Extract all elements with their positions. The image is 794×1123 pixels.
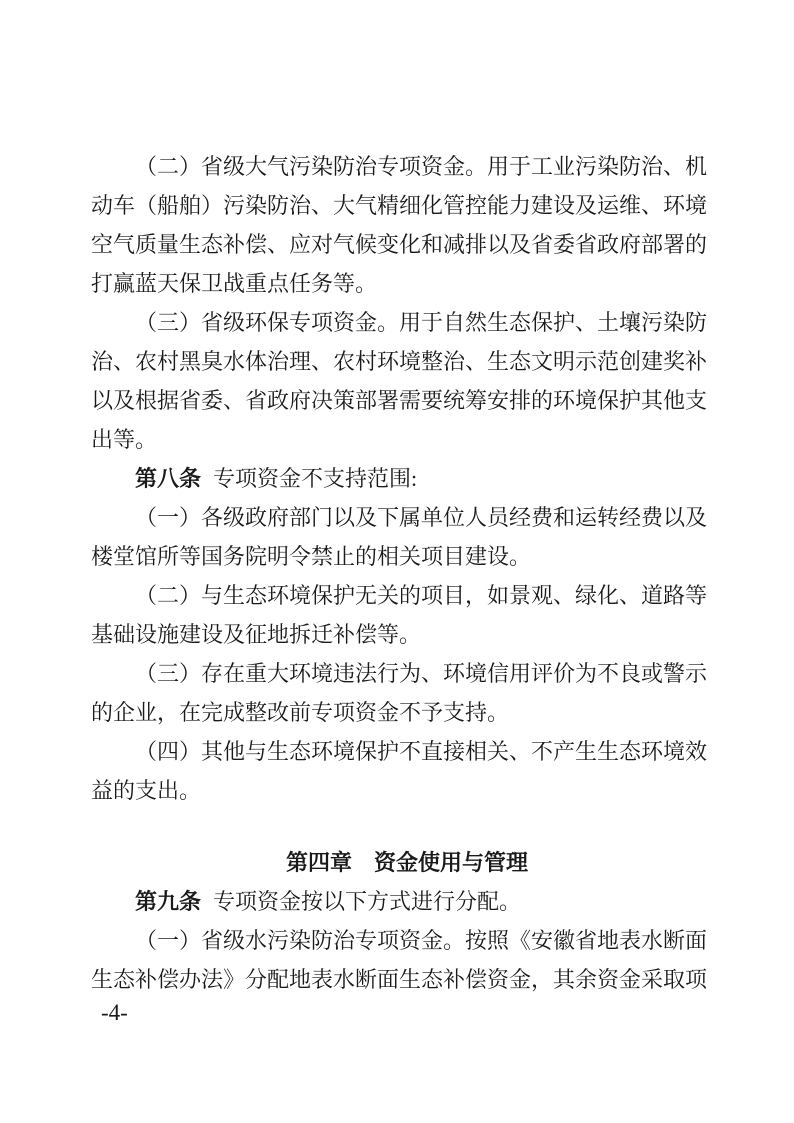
article-9-label: 第九条 xyxy=(135,889,201,914)
article-8-label: 第八条 xyxy=(135,466,201,491)
paragraph-air-pollution-fund: （二）省级大气污染防治专项资金。用于工业污染防治、机动车（船舶）污染防治、大气精… xyxy=(91,147,707,303)
article-9-heading-line: 第九条专项资金按以下方式进行分配。 xyxy=(91,882,707,921)
article-9-item-1: （一）省级水污染防治专项资金。按照《安徽省地表水断面生态补偿办法》分配地表水断面… xyxy=(91,921,707,999)
document-body: （二）省级大气污染防治专项资金。用于工业污染防治、机动车（船舶）污染防治、大气精… xyxy=(91,147,707,999)
article-9-text: 专项资金按以下方式进行分配。 xyxy=(213,889,521,914)
chapter-4-title: 第四章 资金使用与管理 xyxy=(107,843,707,882)
document-page: （二）省级大气污染防治专项资金。用于工业污染防治、机动车（船舶）污染防治、大气精… xyxy=(0,0,794,1123)
page-number: -4- xyxy=(101,1001,128,1024)
article-8-text: 专项资金不支持范围: xyxy=(213,466,417,491)
paragraph-environmental-fund: （三）省级环保专项资金。用于自然生态保护、土壤污染防治、农村黑臭水体治理、农村环… xyxy=(91,303,707,459)
article-8-item-1: （一）各级政府部门以及下属单位人员经费和运转经费以及楼堂馆所等国务院明令禁止的相… xyxy=(91,498,707,576)
article-8-heading-line: 第八条专项资金不支持范围: xyxy=(91,459,707,498)
article-8-item-2: （二）与生态环境保护无关的项目，如景观、绿化、道路等基础设施建设及征地拆迁补偿等… xyxy=(91,576,707,654)
article-8-item-3: （三）存在重大环境违法行为、环境信用评价为不良或警示的企业，在完成整改前专项资金… xyxy=(91,654,707,732)
article-8-item-4: （四）其他与生态环境保护不直接相关、不产生生态环境效益的支出。 xyxy=(91,732,707,810)
